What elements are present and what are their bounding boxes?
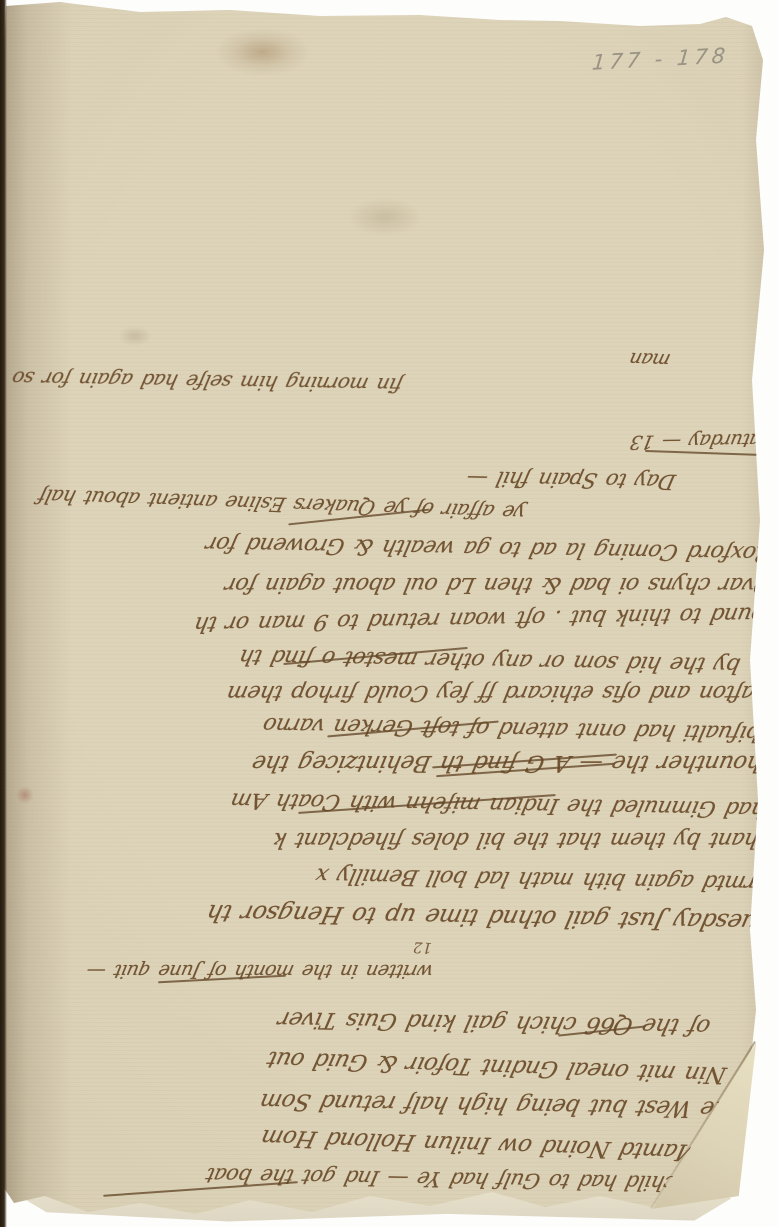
handwritten-line: man [597,347,672,371]
marginal-number: 12 [388,937,433,957]
handwritten-line: thounther the — A G find th Behintziceg … [0,750,773,776]
handwritten-line: bafton and ofis ethicard ff fey Could fi… [0,680,771,705]
handwritten-line: In Hechild had to Gulf had Ye — Ind got … [0,1160,738,1197]
handwritten-line: Day to Spain fhil — [232,462,677,494]
scan-background: 177 - 178 man fin morning him selfe had … [0,0,778,1227]
handwritten-line: Roxford Coming la ad to ga wealth & Grow… [0,527,775,565]
handwritten-line: written in the month of June quit — [86,960,436,982]
handwritten-line: the Nin mit oneal Gndint Tofoir & Guid o… [0,1037,775,1090]
handwritten-line: bifualti had onnt attend of toft Gerken … [0,707,763,745]
handwritten-line: armtd again bith math lad boll Bemilly x [25,858,771,896]
handwritten-line: in the West but being high half retund S… [0,1083,771,1122]
handwritten-line: fin morning him selfe had again for so a… [1,367,404,398]
handwritten-line: by the hid som or any other mestot o fin… [0,640,743,678]
handwriting-layer: man fin morning him selfe had again for … [0,0,778,1227]
handwritten-line: Saturday — 13 [606,429,775,454]
manuscript-page: 177 - 178 man fin morning him selfe had … [0,0,778,1227]
handwritten-line: Tuesday Just gail othnd time up to Hengs… [0,895,775,936]
handwritten-line: had Gimnuled the Indian mifehn with Coat… [0,783,768,821]
binding-edge [0,0,7,1227]
handwritten-line: of the Q66 chich gail kind Guis Tiver [57,1002,713,1039]
handwritten-line: Ovar chyns oi bad & then Ld oul about ag… [0,572,775,597]
handwritten-line: Som Mamtd Noind ow Inilun Hollond Hom [0,1115,763,1167]
handwritten-line: found to think but . oft woan retund to … [0,601,774,640]
handwritten-line: chant by them that the bil doles fihedcl… [0,827,773,852]
